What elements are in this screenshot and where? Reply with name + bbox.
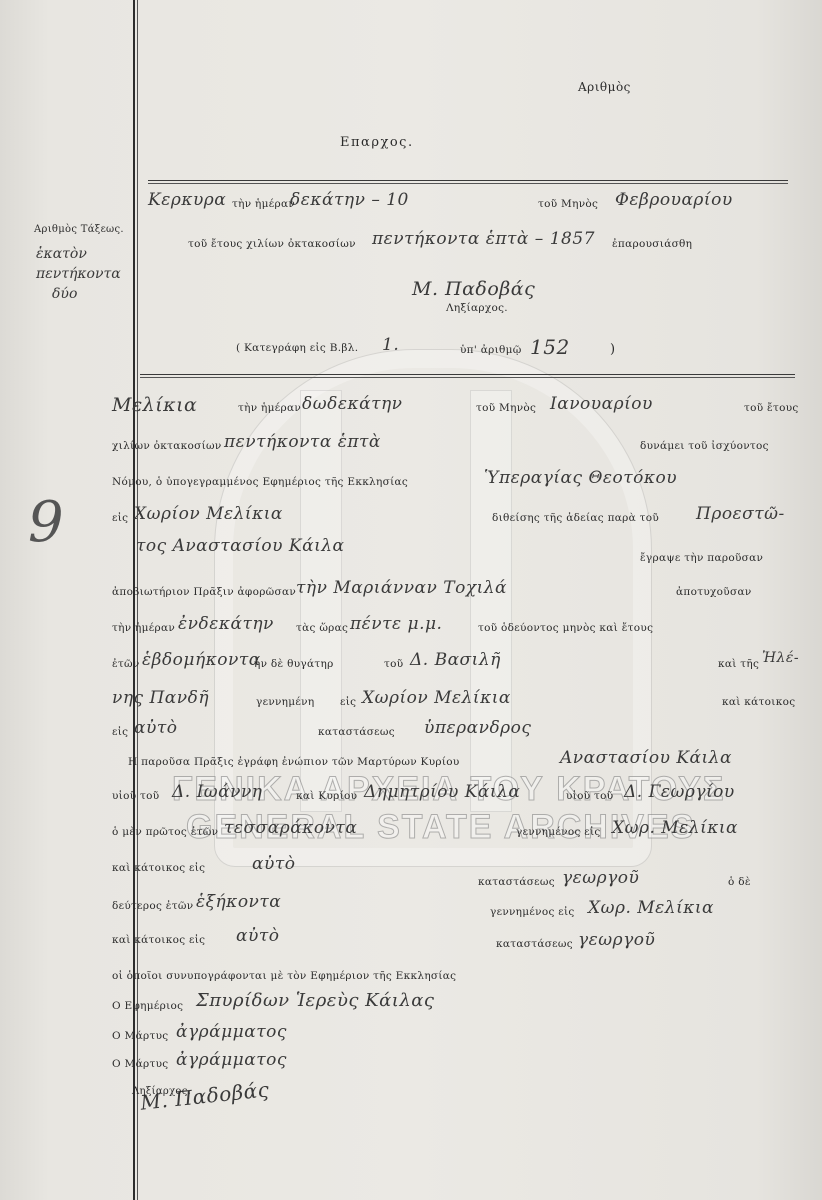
father-label: τοῦ	[384, 658, 403, 670]
status-label: καταστάσεως	[478, 876, 555, 888]
son-of-label: υἱοῦ τοῦ	[566, 790, 613, 802]
permission-value: τος Αναστασίου Κάιλα	[136, 536, 345, 556]
book-value: 1.	[382, 335, 399, 355]
mother-name: νης Πανδῆ	[112, 688, 209, 708]
act-label: ἀποβιωτήριον Πρᾶξιν ἀφορῶσαν	[112, 586, 296, 598]
cosign-label: οἱ ὁποῖοι συνυπογράφονται μὲ τὸν Εφημέρι…	[112, 970, 456, 982]
record-day: δωδεκάτην	[302, 394, 403, 414]
side-mark: 9	[28, 490, 64, 555]
registration-place: Κερκυρα	[148, 190, 226, 210]
current-label: τοῦ ὁδεύοντος μηνὸς καὶ ἔτους	[478, 622, 653, 634]
mother-label: καὶ τῆς	[718, 658, 759, 670]
witness-2-father: Δ. Γεωργίου	[624, 782, 735, 802]
witness-2-status: γεωργοῦ	[578, 930, 655, 950]
entry-number-label: ὑπ' ἀριθμῷ	[460, 344, 522, 356]
permission-value: Προεστῶ-	[696, 504, 785, 524]
hour-label: τὰς ὥρας	[296, 622, 348, 634]
month-label: τοῦ Μηνὸς	[538, 198, 598, 210]
daughter-label: ἦν δὲ θυγάτηρ	[254, 658, 334, 670]
witness-2-age: ἑξήκοντα	[196, 892, 281, 912]
permission-label: διθείσης τῆς ἀδείας παρὰ τοῦ	[492, 512, 659, 524]
and-mr-label: καὶ Κυρίου	[296, 790, 357, 802]
first-witness-label: ὁ μὲν πρῶτος ἐτῶν	[112, 826, 218, 838]
year-label: χιλίων ὀκτακοσίων	[112, 440, 222, 452]
registrar-signature: Μ. Παδοβάς	[412, 278, 535, 300]
born-label: γεννημένος εἰς	[490, 906, 575, 918]
witness-2-label: Ο Μάρτυς	[112, 1058, 168, 1070]
birthplace: Χωρίον Μελίκια	[362, 688, 511, 708]
resident-label: καὶ κάτοικος εἰς	[112, 862, 205, 874]
other-label: ὁ δὲ	[728, 876, 751, 888]
registrar-title: Ληξίαρχος.	[132, 1086, 191, 1097]
witness-2-birthplace: Χωρ. Μελίκια	[588, 898, 714, 918]
section-rule	[148, 180, 788, 184]
registrar-title: Ληξίαρχος.	[446, 302, 508, 314]
resident-in-label: εἰς	[112, 726, 128, 738]
witness-2-residence: αὐτὸ	[236, 926, 279, 946]
day-label: τὴν ἡμέραν	[112, 622, 175, 634]
record-month: Ιανουαρίου	[550, 394, 653, 414]
priest-label: Ο Εφημέριος	[112, 1000, 183, 1012]
year-label: τοῦ ἔτους χιλίων ὀκτακοσίων	[188, 238, 356, 250]
record-place: Μελίκια	[112, 394, 197, 416]
vertical-rule	[137, 0, 138, 1200]
witness-1-signature: ἀγράμματος	[176, 1022, 287, 1042]
witness-1-name: Αναστασίου Κάιλα	[560, 748, 732, 768]
witness-2-signature: ἀγράμματος	[176, 1050, 287, 1070]
age-label: ἐτῶν	[112, 658, 140, 670]
wrote-label: ἔγραψε τὴν παροῦσαν	[640, 552, 763, 564]
watermark-bar	[470, 390, 512, 812]
year-label: τοῦ ἔτους	[744, 402, 799, 414]
second-witness-label: δεύτερος ἐτῶν	[112, 900, 193, 912]
record-year: πεντήκοντα ἑπτὰ	[224, 432, 381, 452]
witness-1-father: Δ. Ιωάννη	[172, 782, 263, 802]
law-label: δυνάμει τοῦ ἰσχύοντος	[640, 440, 769, 452]
resident-label: καὶ κάτοικος εἰς	[112, 934, 205, 946]
prefecture-label: Επαρχος.	[340, 135, 414, 150]
in-label: εἰς	[112, 512, 128, 524]
mother-name: Ἠλέ-	[762, 650, 799, 666]
registration-year: πεντήκοντα ἑπτὰ – 1857	[372, 229, 595, 249]
book-label: ( Κατεγράφη εἰς Β.βλ.	[236, 342, 358, 354]
born-label: γεννημένη	[256, 696, 314, 708]
order-number-value: ἑκατὸν	[36, 246, 87, 262]
presented-label: ἐπαρουσιάσθη	[612, 238, 692, 250]
witness-2-name: Δημητρίου Κάιλα	[364, 782, 520, 802]
village-name: Χωρίον Μελίκια	[134, 504, 283, 524]
day-label: τὴν ἡμέραν	[238, 402, 301, 414]
number-label: Αριθμὸς	[578, 80, 631, 94]
registration-month: Φεβρουαρίου	[615, 190, 733, 210]
registration-day: δεκάτην – 10	[290, 190, 409, 210]
priest-signature: Σπυρίδων Ἱερεὺς Κάιλας	[196, 990, 435, 1011]
entry-number-value: 152	[530, 335, 570, 359]
resident-label: καὶ κάτοικος	[722, 696, 795, 708]
order-number-label: Αριθμὸς Τάξεως.	[34, 224, 124, 235]
father-name: Δ. Βασιλῆ	[410, 650, 501, 670]
witness-1-residence: αὐτὸ	[252, 854, 295, 874]
watermark-bar	[300, 390, 342, 812]
witness-intro: Η παροῦσα Πρᾶξις ἐγράφη ἐνώπιον τῶν Μαρτ…	[128, 756, 460, 768]
witness-1-status: γεωργοῦ	[562, 868, 639, 888]
witness-1-age: τεσσαράκοντα	[224, 818, 357, 838]
son-of-label: υἱοῦ τοῦ	[112, 790, 159, 802]
death-day: ἐνδεκάτην	[178, 614, 274, 634]
born-label: γεννημένος εἰς	[516, 826, 601, 838]
church-name: Ὑπεραγίας Θεοτόκου	[484, 468, 677, 488]
born-in-label: εἰς	[340, 696, 356, 708]
status-label: καταστάσεως	[318, 726, 395, 738]
status-label: καταστάσεως	[496, 938, 573, 950]
day-label: τὴν ἡμέραν	[232, 198, 295, 210]
deceased-age: ἑβδομήκοντα	[142, 650, 261, 670]
deceased-name: τὴν Μαριάνναν Τοχιλά	[296, 578, 507, 598]
order-number-value: δύο	[52, 286, 77, 302]
marital-status: ὑπερανδρος	[424, 718, 531, 738]
witness-1-birthplace: Χωρ. Μελίκια	[612, 818, 738, 838]
month-label: τοῦ Μηνὸς	[476, 402, 536, 414]
close-paren: )	[610, 342, 615, 357]
order-number-value: πεντήκοντα	[36, 266, 121, 282]
document-page: Αριθμὸς Επαρχος. Αριθμὸς Τάξεως. ἑκατὸν …	[0, 0, 822, 1200]
section-rule	[140, 374, 795, 378]
death-hour: πέντε μ.μ.	[350, 614, 442, 634]
law-label: Νόμου, ὁ ὑπογεγραμμένος Εφημέριος τῆς Εκ…	[112, 476, 408, 488]
residence: αὐτὸ	[134, 718, 177, 738]
witness-1-label: Ο Μάρτυς	[112, 1030, 168, 1042]
died-label: ἀποτυχοῦσαν	[676, 586, 752, 598]
vertical-rule	[133, 0, 135, 1200]
